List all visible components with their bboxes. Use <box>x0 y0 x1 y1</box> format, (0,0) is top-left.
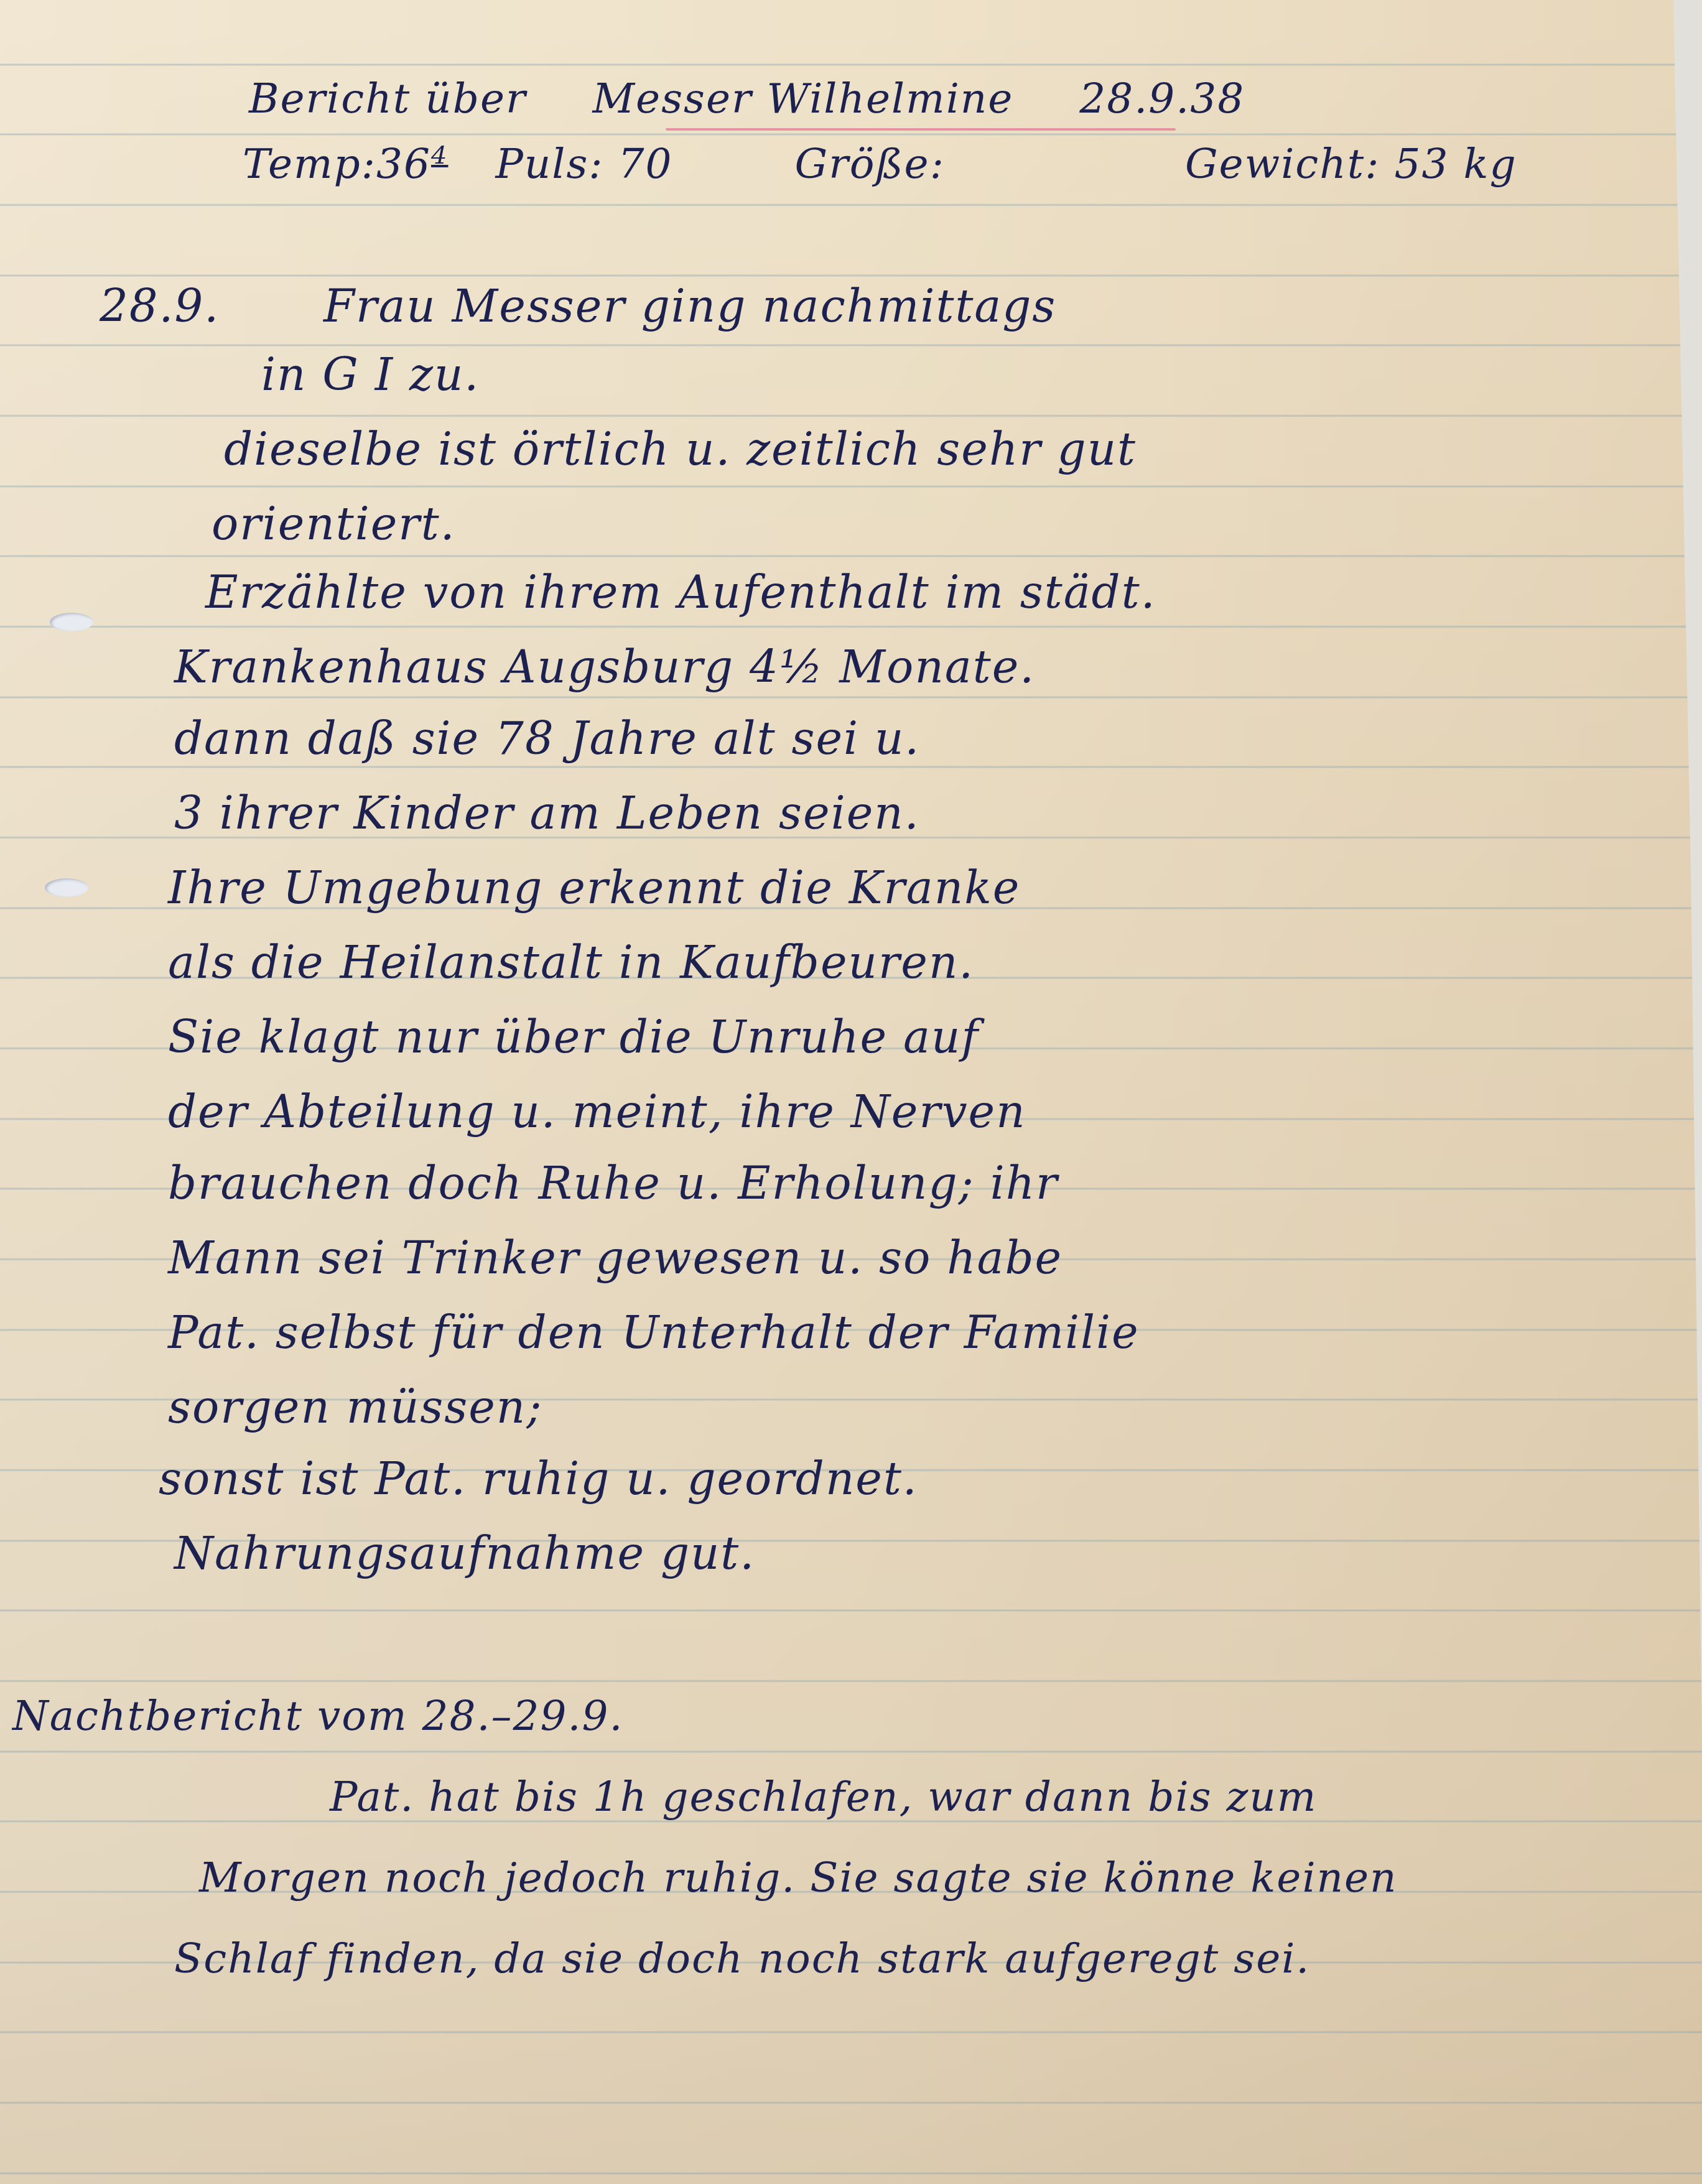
day-line: 3 ihrer Kinder am Leben seien. <box>174 787 920 839</box>
day-line: brauchen doch Ruhe u. Erholung; ihr <box>168 1157 1059 1209</box>
punch-hole-bottom <box>45 878 88 897</box>
report-date: 28.9.38 <box>1079 75 1245 123</box>
day-line: Mann sei Trinker gewesen u. so habe <box>168 1232 1063 1284</box>
day-entry-date: 28.9. <box>100 280 220 332</box>
day-line: Pat. selbst für den Unterhalt der Famili… <box>168 1306 1140 1359</box>
pulse-value: 70 <box>618 140 673 188</box>
night-line: Morgen noch jedoch ruhig. Sie sagte sie … <box>199 1854 1398 1902</box>
report-title: Bericht über Messer Wilhelmine 28.9.38 <box>249 75 1245 123</box>
day-line: sorgen müssen; <box>168 1381 542 1433</box>
patient-name: Messer Wilhelmine <box>593 75 1014 123</box>
pulse-label: Puls: <box>495 140 603 188</box>
day-line: in G I zu. <box>261 348 480 401</box>
vitals-row: Temp:364 Puls: 70 Größe: Gewicht: 53 kg <box>243 140 1517 188</box>
temp-value: 36 <box>376 140 431 188</box>
weight-label: Gewicht: <box>1185 140 1380 188</box>
night-report-heading: Nachtbericht vom 28.–29.9. <box>12 1692 624 1740</box>
day-line: der Abteilung u. meint, ihre Nerven <box>168 1085 1026 1138</box>
day-line: Krankenhaus Augsburg 4½ Monate. <box>174 641 1035 693</box>
day-line: dieselbe ist örtlich u. zeitlich sehr gu… <box>224 423 1137 475</box>
day-line: Nahrungsaufnahme gut. <box>174 1527 755 1579</box>
day-line: Frau Messer ging nachmittags <box>323 280 1056 332</box>
day-line: Erzählte von ihrem Aufenthalt im städt. <box>205 566 1156 618</box>
day-line: Sie klagt nur über die Unruhe auf <box>168 1011 979 1063</box>
night-line: Pat. hat bis 1h geschlafen, war dann bis… <box>330 1773 1317 1821</box>
day-line: Ihre Umgebung erkennt die Kranke <box>168 862 1020 914</box>
height-label: Größe: <box>795 140 945 188</box>
day-line: orientiert. <box>212 498 456 550</box>
weight-value: 53 kg <box>1394 140 1517 188</box>
night-line: Schlaf finden, da sie doch noch stark au… <box>174 1935 1310 1982</box>
title-prefix: Bericht über <box>249 75 527 123</box>
temp-label: Temp: <box>243 140 376 188</box>
temp-fraction: 4 <box>431 141 448 170</box>
day-line: als die Heilanstalt in Kaufbeuren. <box>168 936 974 988</box>
day-line: dann daß sie 78 Jahre alt sei u. <box>174 712 920 764</box>
name-red-underline <box>666 128 1176 131</box>
day-line: sonst ist Pat. ruhig u. geordnet. <box>159 1452 918 1505</box>
punch-hole-top <box>50 613 93 631</box>
